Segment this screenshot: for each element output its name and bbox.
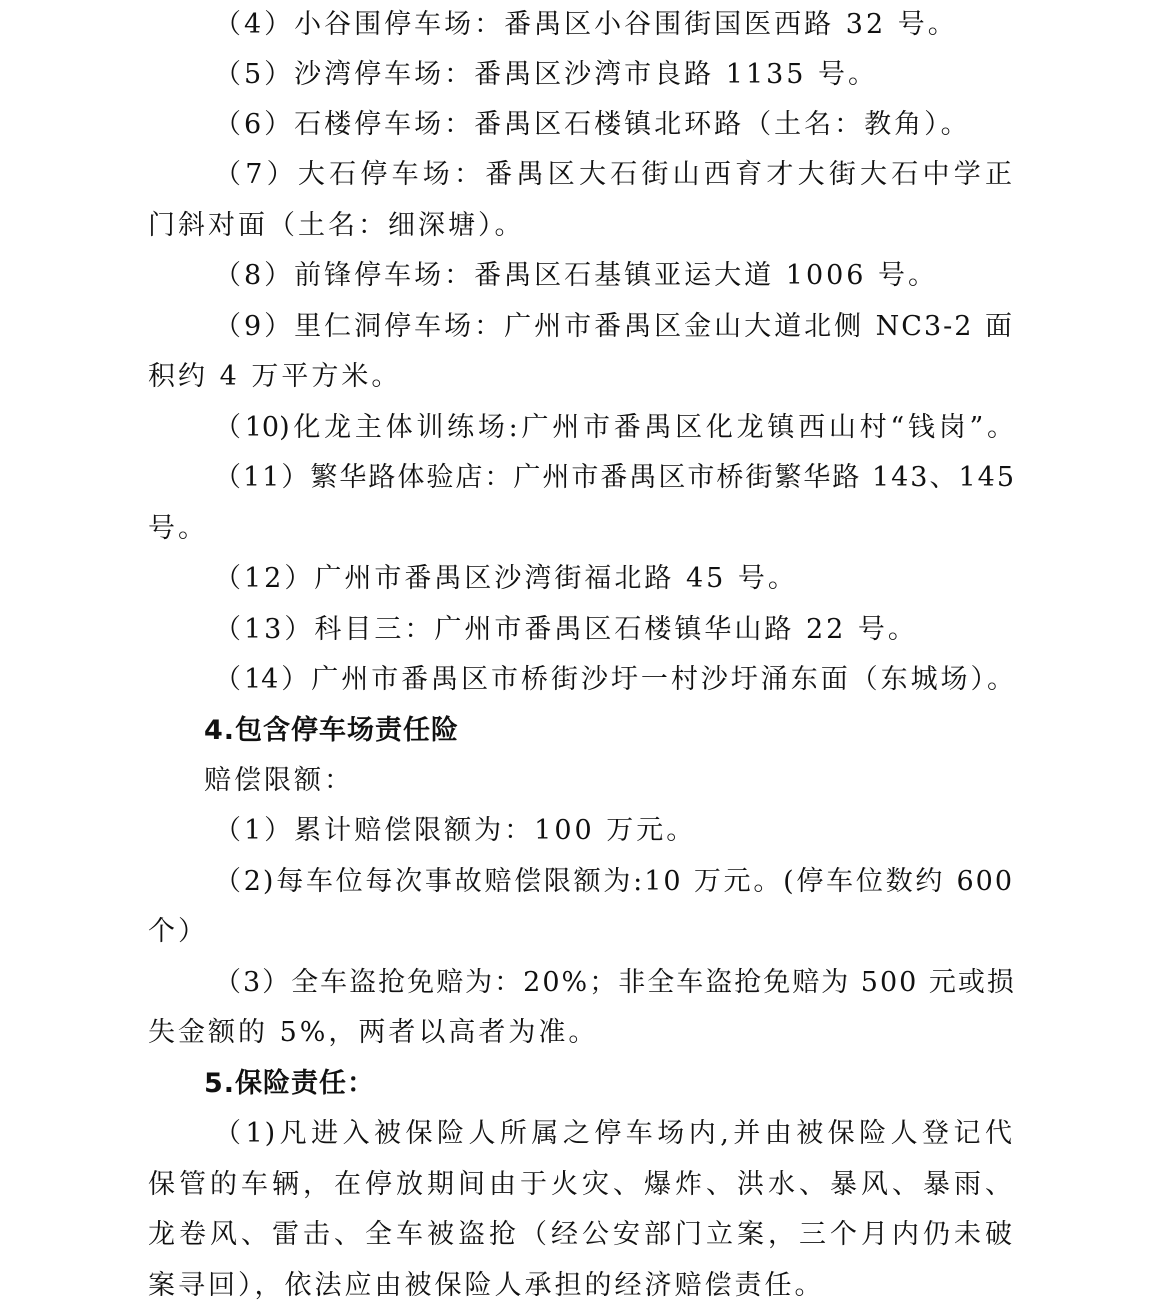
parking-lot-item-7-line2: 门斜对面（土名：细深塘）。 (148, 201, 525, 251)
section-4-item-1: （1）累计赔偿限额为：100 万元。 (214, 806, 696, 856)
section-4-item-2-line2: 个） (148, 907, 208, 957)
parking-lot-item-13: （13）科目三：广州市番禺区石楼镇华山路 22 号。 (214, 605, 918, 655)
section-5-item-1-line1: （1)凡进入被保险人所属之停车场内,并由被保险人登记代 (214, 1109, 1014, 1159)
section-5-item-1-line4: 案寻回），依法应由被保险人承担的经济赔偿责任。 (148, 1261, 825, 1310)
section-4-heading: 4.包含停车场责任险 (204, 706, 459, 756)
section-5-heading: 5.保险责任： (204, 1059, 375, 1109)
parking-lot-item-7-line1: （7）大石停车场：番禺区大石街山西育才大街大石中学正 (214, 150, 1014, 200)
section-5-item-1-line3: 龙卷风、雷击、全车被盗抢（经公安部门立案，三个月内仍未破 (148, 1210, 1014, 1260)
parking-lot-item-11-line2: 号。 (148, 504, 208, 554)
parking-lot-item-14: （14）广州市番禺区市桥街沙圩一村沙圩涌东面（东城场）。 (214, 655, 1014, 705)
parking-lot-item-8: （8）前锋停车场：番禺区石基镇亚运大道 1006 号。 (214, 251, 938, 301)
section-4-item-3-line1: （3）全车盗抢免赔为：20%；非全车盗抢免赔为 500 元或损 (214, 958, 1014, 1008)
parking-lot-item-9-line1: （9）里仁洞停车场：广州市番禺区金山大道北侧 NC3-2 面 (214, 302, 1014, 352)
parking-lot-item-4: （4）小谷围停车场：番禺区小谷围街国医西路 32 号。 (214, 0, 958, 50)
parking-lot-item-5: （5）沙湾停车场：番禺区沙湾市良路 1135 号。 (214, 50, 878, 100)
parking-lot-item-10: （10)化龙主体训练场:广州市番禺区化龙镇西山村“钱岗”。 (214, 403, 1014, 453)
parking-lot-item-11-line1: （11）繁华路体验店：广州市番禺区市桥街繁华路 143、145 (214, 453, 1014, 503)
parking-lot-item-9-line2: 积约 4 万平方米。 (148, 352, 401, 402)
parking-lot-item-12: （12）广州市番禺区沙湾街福北路 45 号。 (214, 554, 798, 604)
section-4-item-3-line2: 失金额的 5%，两者以高者为准。 (148, 1008, 598, 1058)
parking-lot-item-6: （6）石楼停车场：番禺区石楼镇北环路（土名：教角）。 (214, 100, 971, 150)
section-4-subheading: 赔偿限额： (204, 756, 354, 806)
section-5-item-1-line2: 保管的车辆，在停放期间由于火灾、爆炸、洪水、暴风、暴雨、 (148, 1160, 1014, 1210)
section-4-item-2-line1: （2)每车位每次事故赔偿限额为:10 万元。(停车位数约 600 (214, 857, 1014, 907)
